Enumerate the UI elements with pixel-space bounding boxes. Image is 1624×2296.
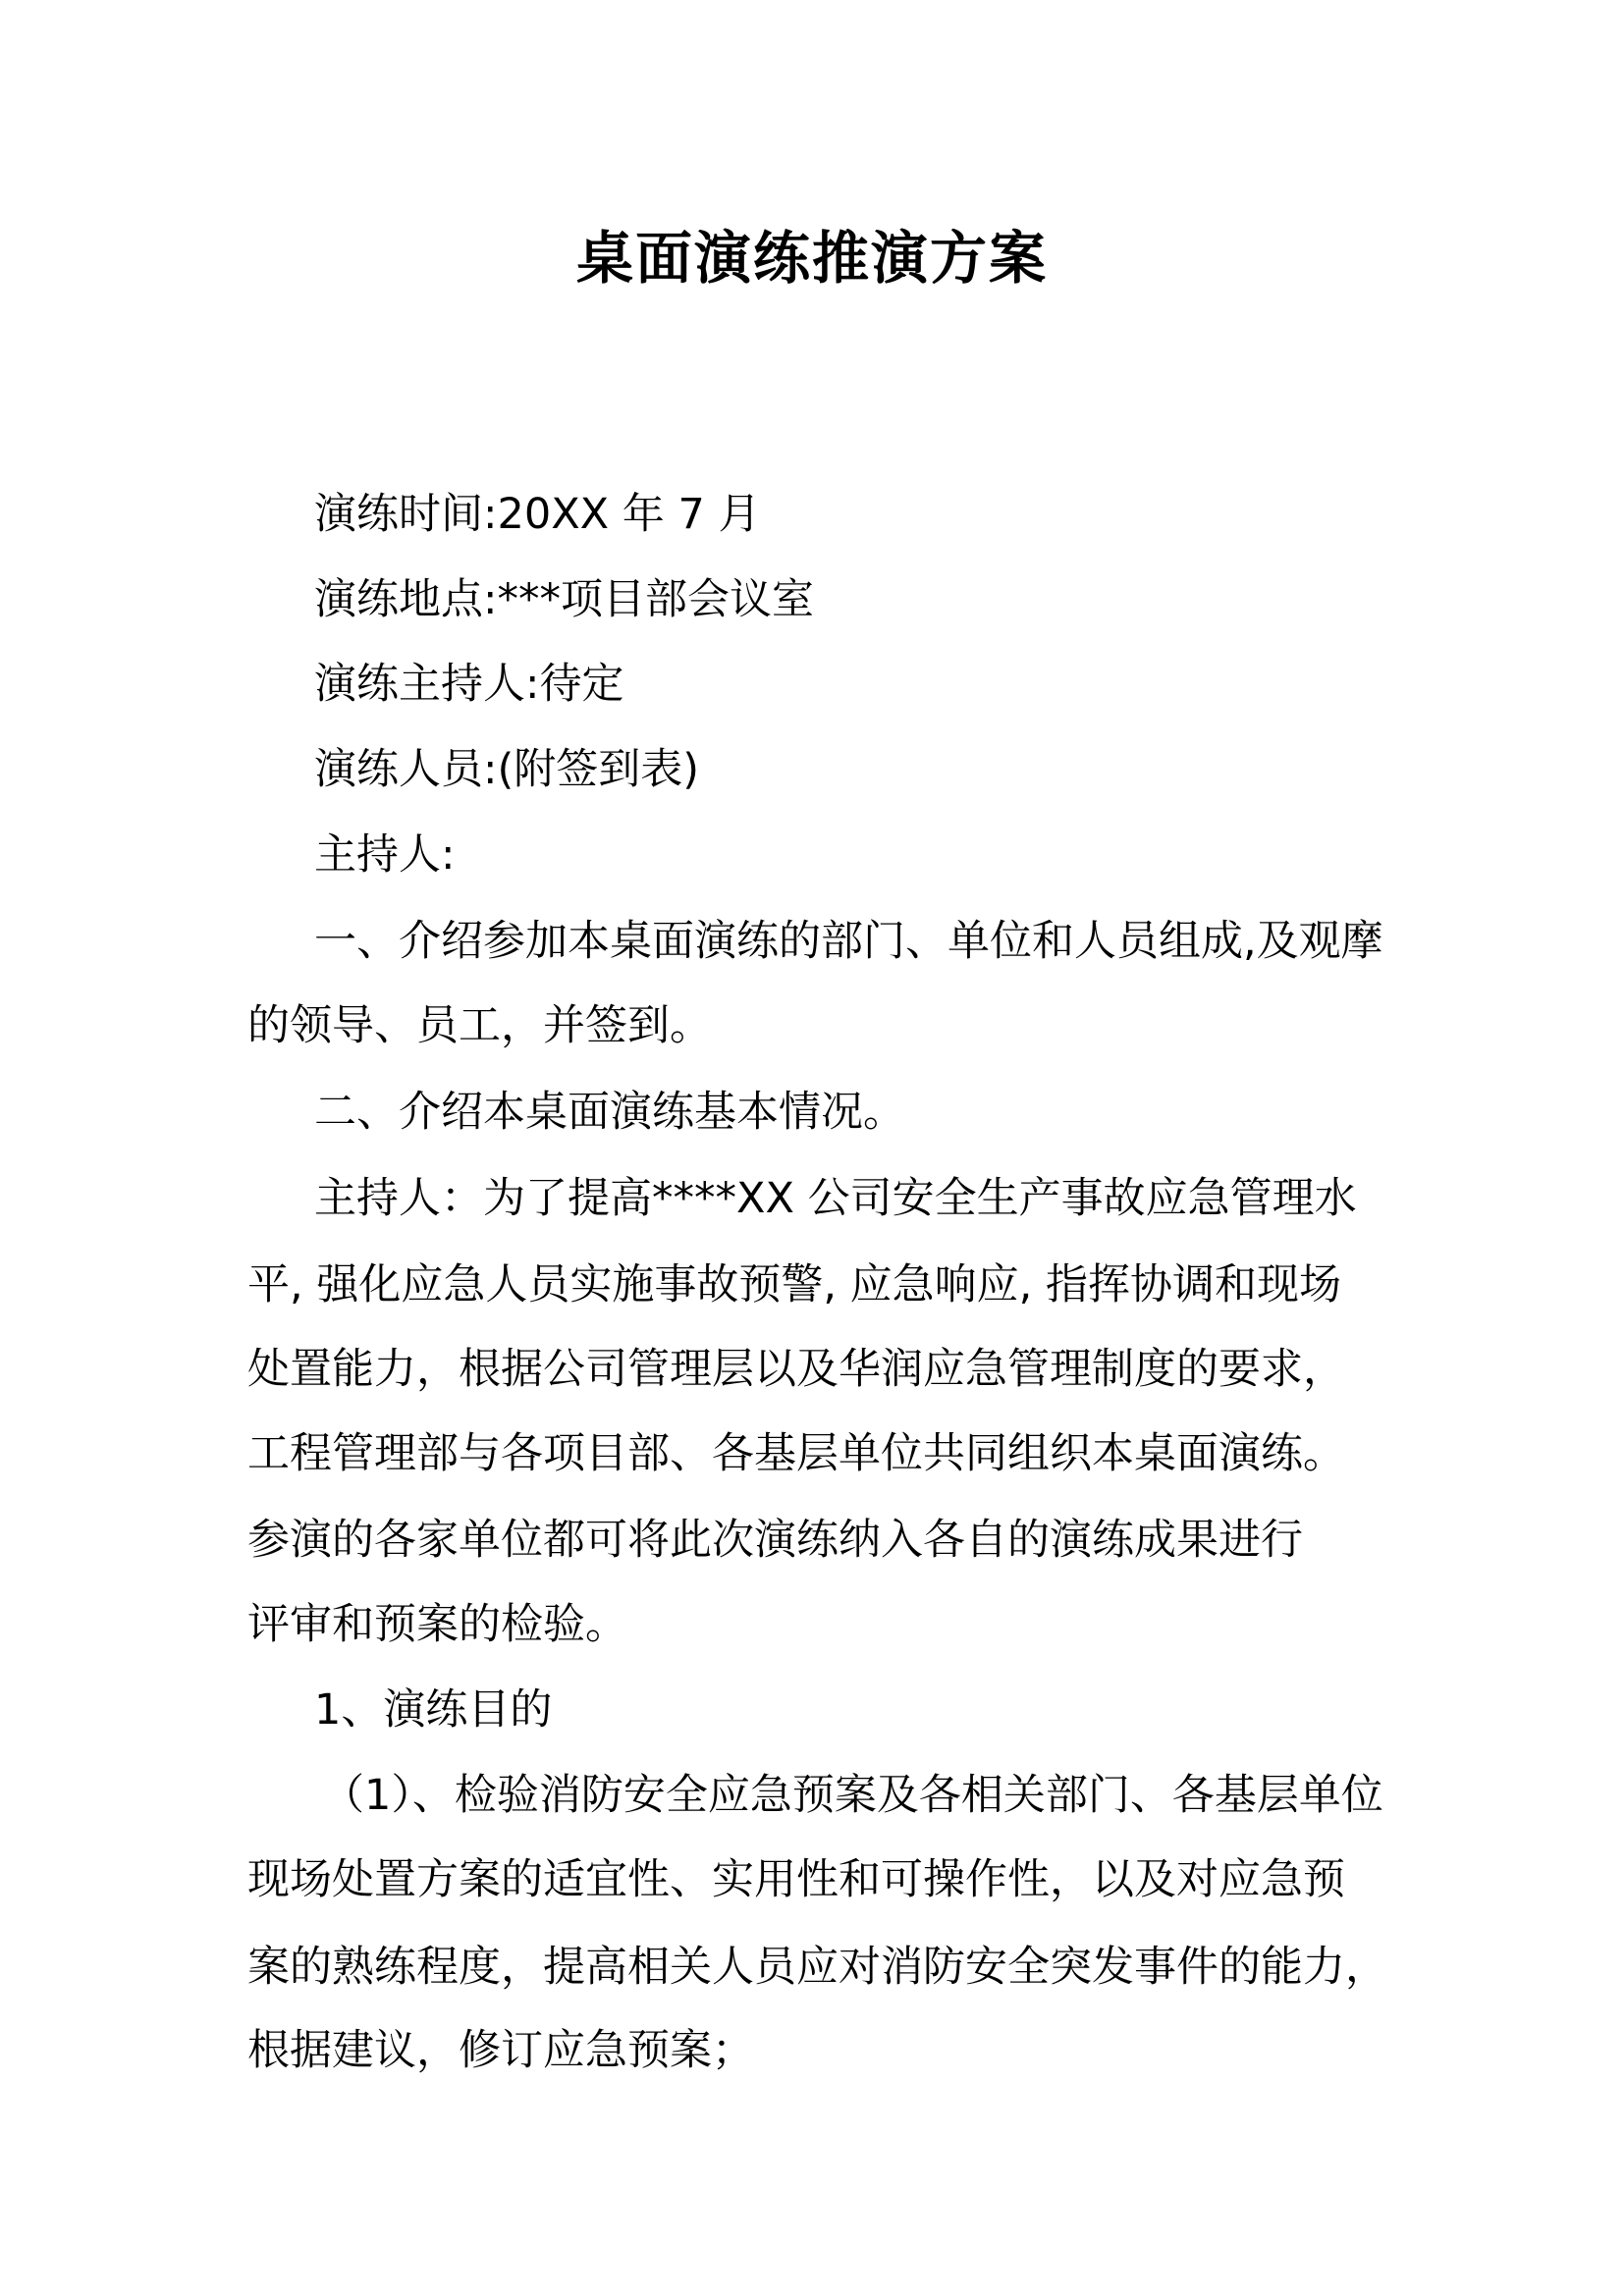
drill-host-line: 演练主持人:待定: [314, 657, 624, 712]
host-label-line: 主持人:: [314, 828, 456, 882]
section-one-line: 一、介绍参加本桌面演练的部门、单位和人员组成,及观摩: [314, 914, 1383, 969]
host-speech-line-4: 工程管理部与各项目部、各基层单位共同组织本桌面演练。: [247, 1426, 1345, 1481]
drill-time-line: 演练时间:20XX 年 7 月: [314, 487, 760, 542]
host-speech-line-5: 参演的各家单位都可将此次演练纳入各自的演练成果进行: [247, 1513, 1303, 1568]
host-speech-line-3: 处置能力，根据公司管理层以及华润应急管理制度的要求，: [247, 1342, 1345, 1397]
section-two-line: 二、介绍本桌面演练基本情况。: [314, 1085, 905, 1140]
purpose-item-1-line-2: 现场处置方案的适宜性、实用性和可操作性，以及对应急预: [247, 1852, 1345, 1907]
purpose-item-1-line-3: 案的熟练程度，提高相关人员应对消防安全突发事件的能力，: [247, 1940, 1387, 1995]
purpose-item-1-line-1: （1）、检验消防安全应急预案及各相关部门、各基层单位: [322, 1768, 1383, 1823]
purpose-heading: 1、演练目的: [314, 1682, 552, 1737]
section-one-continuation: 的领导、员工，并签到。: [247, 998, 712, 1053]
drill-personnel-line: 演练人员:(附签到表): [314, 742, 699, 797]
host-speech-line-2: 平, 强化应急人员实施事故预警, 应急响应, 指挥协调和现场: [247, 1257, 1341, 1312]
drill-location-line: 演练地点:***项目部会议室: [314, 572, 814, 627]
document-title: 桌面演练推演方案: [0, 224, 1624, 293]
host-speech-line-6: 评审和预案的检验。: [247, 1597, 627, 1652]
purpose-item-1-line-4: 根据建议，修订应急预案；: [247, 2023, 754, 2078]
host-speech-line-1: 主持人：为了提高****XX 公司安全生产事故应急管理水: [314, 1171, 1357, 1226]
